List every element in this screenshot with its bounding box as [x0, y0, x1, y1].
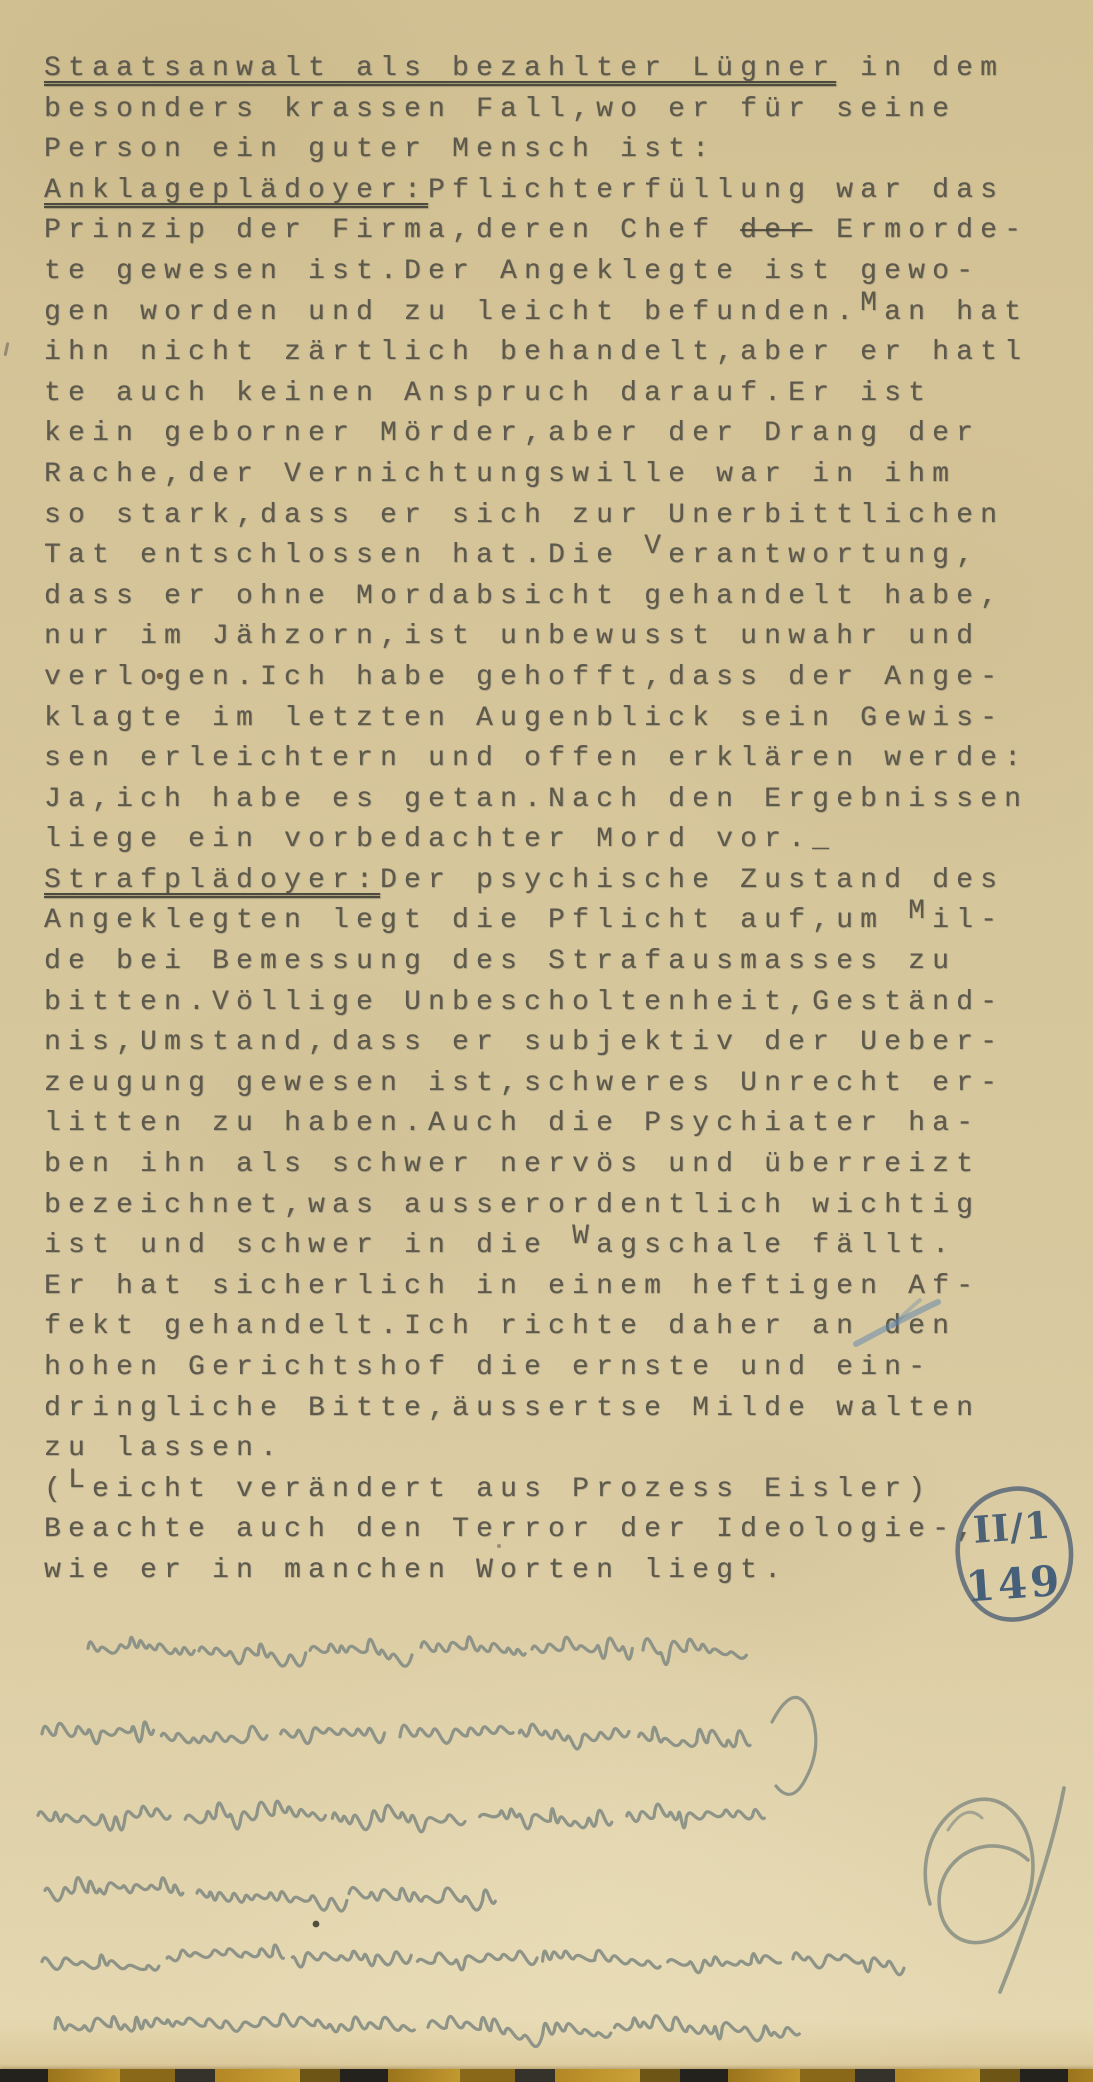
typed-text: an hat — [884, 297, 1028, 328]
typed-text: besonders krassen Fall,wo er für seine — [44, 94, 956, 125]
typed-line: ben ihn als schwer nervös und überreizt — [44, 1145, 1054, 1186]
typed-line: Angeklegten legt die Pflicht auf,um Mil- — [44, 901, 1054, 942]
typed-text: Prinzip der Firma,deren Chef — [44, 215, 740, 246]
stamp-line1: II/1 — [972, 1503, 1053, 1552]
stamp-line2: 149 — [964, 1556, 1064, 1612]
typed-line: ihn nicht zärtlich behandelt,aber er hat… — [44, 333, 1054, 374]
typed-text: Angeklegten legt die Pflicht auf,um — [44, 905, 908, 936]
typed-line: klagte im letzten Augenblick sein Gewis- — [44, 699, 1054, 740]
typed-text: zu lassen. — [44, 1433, 284, 1464]
typed-line: Anklageplädoyer:Pflichterfüllung war das — [44, 171, 1054, 212]
typed-line: hohen Gerichtshof die ernste und ein- — [44, 1348, 1054, 1389]
typed-text: litten zu haben.Auch die Psychiater ha- — [44, 1108, 980, 1139]
handwritten-line — [42, 1945, 904, 1975]
typed-text: hohen Gerichtshof die ernste und ein- — [44, 1352, 932, 1383]
typed-text: ist und schwer in die — [44, 1230, 572, 1261]
typed-text: de bei Bemessung des Strafausmasses zu — [44, 946, 956, 977]
typed-line: Ja,ich habe es getan.Nach den Ergebnisse… — [44, 780, 1054, 821]
typed-text: Beachte auch den Terror der Ideologie-, — [44, 1514, 980, 1545]
typed-text: bitten.Völlige Unbescholtenheit,Geständ- — [44, 987, 1004, 1018]
typed-line: dringliche Bitte,äussertse Milde walten — [44, 1389, 1054, 1430]
typed-text: so stark,dass er sich zur Unerbittlichen — [44, 500, 1004, 531]
typed-text: M — [860, 288, 884, 319]
typed-line: kein geborner Mörder,aber der Drang der — [44, 414, 1054, 455]
typed-line: Staatsanwalt als bezahlter Lügner in dem — [44, 49, 1054, 90]
typed-line: verlogen.Ich habe gehofft,dass der Ange- — [44, 658, 1054, 699]
handwritten-line — [45, 1878, 495, 1911]
typed-text: ( — [44, 1474, 68, 1505]
typed-text: ihn nicht zärtlich behandelt,aber er hat… — [44, 337, 1028, 368]
typed-text: W — [572, 1221, 596, 1252]
typed-line: so stark,dass er sich zur Unerbittlichen — [44, 496, 1054, 537]
typed-text: zeugung gewesen ist,schweres Unrecht er- — [44, 1068, 1004, 1099]
typed-line: Er hat sicherlich in einem heftigen Af- — [44, 1267, 1054, 1308]
typed-line: wie er in manchen Worten liegt. — [44, 1551, 1054, 1592]
typed-text: Ermorde- — [812, 215, 1028, 246]
typed-text: sen erleichtern und offen erklären werde… — [44, 743, 1028, 774]
typed-text: Person ein guter Mensch ist: — [44, 134, 716, 165]
typed-text: L — [68, 1465, 92, 1496]
typed-line: Tat entschlossen hat.Die Verantwortung, — [44, 536, 1054, 577]
paper-bottom-edge — [0, 2069, 1093, 2082]
typed-text: in dem — [836, 53, 1004, 84]
typed-text: Der psychische Zustand des — [380, 865, 1004, 896]
handwritten-note-description: Faded handwritten cursive annotation in … — [0, 0, 1093, 5]
handwritten-line — [38, 1801, 764, 1832]
scanned-typewritten-page: { "page": { "language": "German", "typed… — [0, 0, 1093, 2082]
typed-text: gen worden und zu leicht befunden. — [44, 297, 860, 328]
underlined-heading: Staatsanwalt als bezahlter Lügner — [44, 53, 836, 84]
handwriting-flourish — [772, 1697, 1064, 1992]
stamp-circle-icon: II/1 149 — [945, 1476, 1087, 1635]
typed-line: fekt gehandelt.Ich richte daher an den — [44, 1307, 1054, 1348]
typed-line: Strafplädoyer:Der psychische Zustand des — [44, 861, 1054, 902]
typed-line: nis,Umstand,dass er subjektiv der Ueber- — [44, 1023, 1054, 1064]
underlined-heading: Anklageplädoyer: — [44, 175, 428, 206]
typed-text: ben ihn als schwer nervös und überreizt — [44, 1149, 980, 1180]
typed-text: Tat entschlossen hat.Die — [44, 540, 644, 571]
typed-line: besonders krassen Fall,wo er für seine — [44, 90, 1054, 131]
typed-line: dass er ohne Mordabsicht gehandelt habe, — [44, 577, 1054, 618]
typed-line: zeugung gewesen ist,schweres Unrecht er- — [44, 1064, 1054, 1105]
typed-text: erantwortung, — [668, 540, 980, 571]
underlined-heading: Strafplädoyer: — [44, 865, 380, 896]
typed-text: Pflichterfüllung war das — [428, 175, 1004, 206]
typed-line: gen worden und zu leicht befunden.Man ha… — [44, 293, 1054, 334]
typed-text: verlogen.Ich habe gehofft,dass der Ange- — [44, 662, 1004, 693]
typed-line: te auch keinen Anspruch darauf.Er ist — [44, 374, 1054, 415]
typed-text: liege ein vorbedachter Mord vor._ — [44, 824, 836, 855]
typed-text: te gewesen ist.Der Angeklegte ist gewo- — [44, 256, 980, 287]
typed-text: eicht verändert aus Prozess Eisler) — [92, 1474, 932, 1505]
handwritten-note — [38, 1637, 904, 2047]
typed-line: zu lassen. — [44, 1429, 1054, 1470]
typed-line: Rache,der Vernichtungswille war in ihm — [44, 455, 1054, 496]
typed-text: Er hat sicherlich in einem heftigen Af- — [44, 1271, 980, 1302]
typed-text: nur im Jähzorn,ist unbewusst unwahr und — [44, 621, 980, 652]
handwritten-line — [55, 2014, 799, 2047]
typed-line: Person ein guter Mensch ist: — [44, 130, 1054, 171]
typed-text: il- — [932, 905, 1004, 936]
typed-line: bitten.Völlige Unbescholtenheit,Geständ- — [44, 983, 1054, 1024]
typed-line: Beachte auch den Terror der Ideologie-, — [44, 1510, 1054, 1551]
typed-line: sen erleichtern und offen erklären werde… — [44, 739, 1054, 780]
typed-text: kein geborner Mörder,aber der Drang der — [44, 418, 980, 449]
typed-text: dringliche Bitte,äussertse Milde walten — [44, 1393, 980, 1424]
typed-text: klagte im letzten Augenblick sein Gewis- — [44, 703, 1004, 734]
typed-text: Ja,ich habe es getan.Nach den Ergebnisse… — [44, 784, 1028, 815]
handwritten-line — [88, 1637, 746, 1666]
typed-line: nur im Jähzorn,ist unbewusst unwahr und — [44, 617, 1054, 658]
handwritten-line — [42, 1722, 750, 1749]
typed-text: der — [740, 215, 812, 246]
archive-stamp: II/1 149 — [945, 1476, 1087, 1635]
typed-text: fekt gehandelt.Ich richte daher an den — [44, 1311, 956, 1342]
typed-text-block: Staatsanwalt als bezahlter Lügner in dem… — [44, 49, 1054, 1592]
typed-text: nis,Umstand,dass er subjektiv der Ueber- — [44, 1027, 1004, 1058]
typed-line: de bei Bemessung des Strafausmasses zu — [44, 942, 1054, 983]
typed-line: Prinzip der Firma,deren Chef der Ermorde… — [44, 211, 1054, 252]
typed-line: te gewesen ist.Der Angeklegte ist gewo- — [44, 252, 1054, 293]
typed-line: ist und schwer in die Wagschale fällt. — [44, 1226, 1054, 1267]
typed-line: litten zu haben.Auch die Psychiater ha- — [44, 1104, 1054, 1145]
typed-text: agschale fällt. — [596, 1230, 956, 1261]
typed-line: bezeichnet,was ausserordentlich wichtig — [44, 1186, 1054, 1227]
typed-text: M — [908, 896, 932, 927]
typed-text: V — [644, 531, 668, 562]
typed-text: dass er ohne Mordabsicht gehandelt habe, — [44, 581, 1004, 612]
typed-text: te auch keinen Anspruch darauf.Er ist — [44, 378, 932, 409]
typed-line: liege ein vorbedachter Mord vor._ — [44, 820, 1054, 861]
typed-line: (Leicht verändert aus Prozess Eisler) — [44, 1470, 1054, 1511]
typed-text: wie er in manchen Worten liegt. — [44, 1555, 788, 1586]
typed-text: bezeichnet,was ausserordentlich wichtig — [44, 1190, 980, 1221]
typed-text: Rache,der Vernichtungswille war in ihm — [44, 459, 956, 490]
